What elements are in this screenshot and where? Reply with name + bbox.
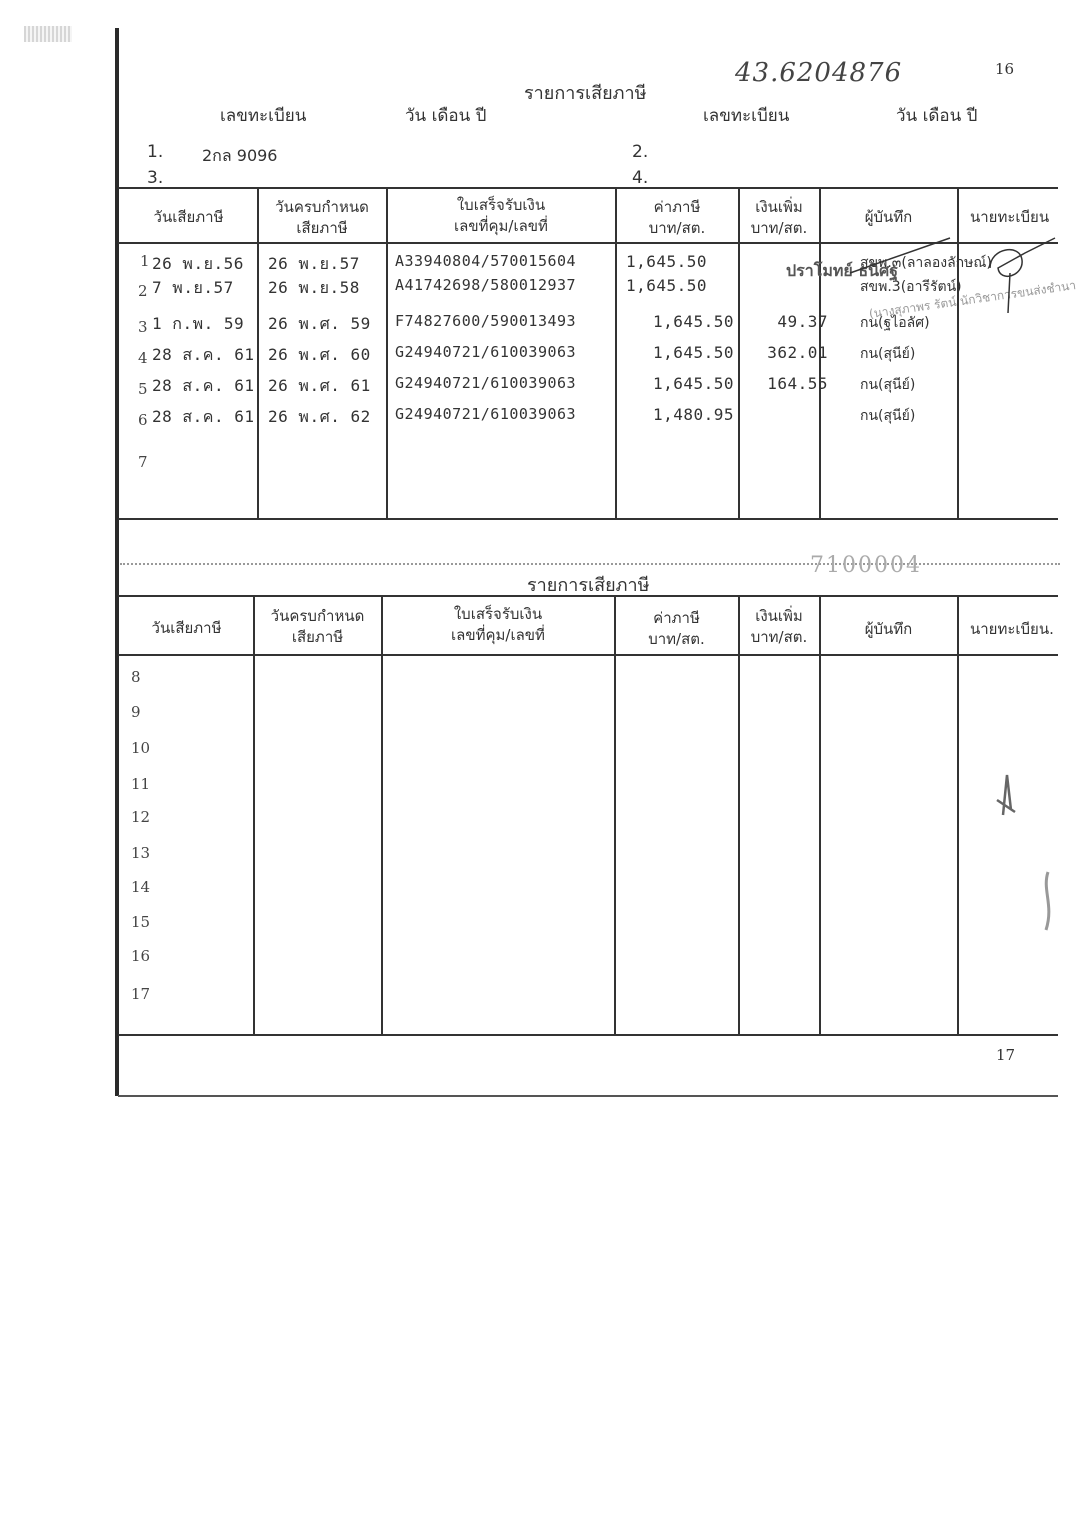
header-surcharge-line2: บาท/สต. bbox=[751, 219, 808, 237]
header2-due-date-line2: เสียภาษี bbox=[292, 628, 343, 646]
reg-index-1: 1. bbox=[147, 142, 163, 162]
header-registrar: นายทะเบียน bbox=[958, 207, 1076, 228]
left-date-label: วัน เดือน ปี bbox=[405, 102, 486, 129]
cell-tax: 1,645.50 bbox=[653, 343, 734, 362]
cell-tax-date: 26 พ.ย.56 bbox=[152, 252, 244, 277]
reg-plate-1: 2กล 9096 bbox=[202, 144, 277, 169]
row-number: 16 bbox=[131, 947, 150, 965]
header2-receipt-line1: ใบเสร็จรับเงิน bbox=[454, 605, 542, 623]
cell-due-date: 26 พ.ศ. 60 bbox=[268, 343, 371, 368]
header2-surcharge-line1: เงินเพิ่ม bbox=[755, 607, 803, 625]
row-number: 6 bbox=[138, 411, 148, 429]
table2-col-divider bbox=[957, 596, 959, 1034]
header2-tax: ค่าภาษีบาท/สต. bbox=[615, 608, 738, 650]
header2-tax-line1: ค่าภาษี bbox=[653, 609, 700, 627]
reg-index-4: 4. bbox=[632, 168, 648, 188]
header-tax: ค่าภาษีบาท/สต. bbox=[616, 197, 738, 239]
handwritten-number: 43.6204876 bbox=[735, 58, 902, 88]
reg-index-3: 3. bbox=[147, 168, 163, 188]
cell-receipt: F74827600/590013493 bbox=[395, 312, 576, 330]
table2-col-divider bbox=[253, 596, 255, 1034]
cell-tax: 1,645.50 bbox=[626, 276, 707, 295]
table1-bottom-border bbox=[118, 518, 1058, 520]
right-date-label: วัน เดือน ปี bbox=[896, 102, 977, 129]
header2-receipt-line2: เลขที่คุม/เลขที่ bbox=[451, 626, 545, 644]
header2-due-date: วันครบกำหนดเสียภาษี bbox=[254, 606, 381, 648]
table2-col-divider bbox=[738, 596, 740, 1034]
cell-receipt: A33940804/570015604 bbox=[395, 252, 576, 270]
cell-surcharge: 49.37 bbox=[777, 312, 828, 331]
header2-due-date-line1: วันครบกำหนด bbox=[271, 607, 365, 625]
faded-number: 7100004 bbox=[810, 553, 922, 578]
cell-recorder: กน(สุนีย์) bbox=[860, 374, 915, 396]
cell-recorder: กน(สุนีย์) bbox=[860, 405, 915, 427]
header-due-date: วันครบกำหนดเสียภาษี bbox=[258, 197, 386, 239]
cell-tax: 1,645.50 bbox=[653, 312, 734, 331]
header2-receipt: ใบเสร็จรับเงินเลขที่คุม/เลขที่ bbox=[382, 604, 614, 646]
table2-col-divider bbox=[381, 596, 383, 1034]
table2-bottom-border bbox=[118, 1034, 1058, 1036]
table2-header-border bbox=[118, 654, 1058, 656]
row-number: 2 bbox=[138, 282, 148, 300]
cell-receipt: G24940721/610039063 bbox=[395, 374, 576, 392]
header2-surcharge-line2: บาท/สต. bbox=[751, 628, 808, 646]
header2-tax-date: วันเสียภาษี bbox=[120, 618, 253, 639]
page-bottom-border bbox=[118, 1095, 1058, 1097]
cell-due-date: 26 พ.ศ. 62 bbox=[268, 405, 371, 430]
row-number: 10 bbox=[131, 739, 150, 757]
header2-surcharge: เงินเพิ่มบาท/สต. bbox=[739, 606, 819, 648]
cell-receipt: A41742698/580012937 bbox=[395, 276, 576, 294]
section-title-top: รายการเสียภาษี bbox=[524, 78, 647, 107]
row-number: 8 bbox=[131, 668, 141, 686]
cell-recorder: กน(สุนีย์) bbox=[860, 343, 915, 365]
cell-due-date: 26 พ.ศ. 59 bbox=[268, 312, 371, 337]
scan-mark bbox=[985, 770, 1025, 820]
table2-top-border bbox=[118, 595, 1058, 597]
bottom-page-number: 17 bbox=[996, 1046, 1015, 1064]
header-receipt-line1: ใบเสร็จรับเงิน bbox=[457, 196, 545, 214]
header-due-date-line2: เสียภาษี bbox=[296, 219, 347, 237]
row-number: 15 bbox=[131, 913, 150, 931]
cell-tax-date: 28 ส.ค. 61 bbox=[152, 374, 255, 399]
row-number: 13 bbox=[131, 844, 150, 862]
header2-tax-line2: บาท/สต. bbox=[648, 630, 705, 648]
header-tax-line1: ค่าภาษี bbox=[654, 198, 701, 216]
header2-recorder: ผู้บันทึก bbox=[820, 619, 957, 640]
left-reg-label: เลขทะเบียน bbox=[220, 102, 306, 129]
cell-tax-date: 28 ส.ค. 61 bbox=[152, 343, 255, 368]
table1-top-border bbox=[118, 187, 1058, 189]
row-number: 11 bbox=[131, 775, 150, 793]
right-reg-label: เลขทะเบียน bbox=[703, 102, 789, 129]
row-number: 4 bbox=[138, 349, 148, 367]
header-recorder: ผู้บันทึก bbox=[820, 207, 957, 228]
scan-mark bbox=[1040, 870, 1056, 940]
reg-index-2: 2. bbox=[632, 142, 648, 162]
scan-artifact bbox=[24, 26, 72, 42]
row-number: 12 bbox=[131, 808, 150, 826]
header-surcharge: เงินเพิ่มบาท/สต. bbox=[739, 197, 819, 239]
header2-registrar: นายทะเบียน. bbox=[958, 619, 1076, 640]
header-tax-date: วันเสียภาษี bbox=[120, 207, 257, 228]
cell-receipt: G24940721/610039063 bbox=[395, 405, 576, 423]
top-page-number: 16 bbox=[995, 60, 1014, 78]
table2-col-divider bbox=[819, 596, 821, 1034]
cell-tax: 1,645.50 bbox=[626, 252, 707, 271]
cell-tax-date: 1 ก.พ. 59 bbox=[152, 312, 244, 337]
table1-col-divider bbox=[386, 188, 388, 518]
cell-tax: 1,645.50 bbox=[653, 374, 734, 393]
header-receipt: ใบเสร็จรับเงินเลขที่คุม/เลขที่ bbox=[387, 195, 615, 237]
header-due-date-line1: วันครบกำหนด bbox=[275, 198, 369, 216]
cell-receipt: G24940721/610039063 bbox=[395, 343, 576, 361]
cell-surcharge: 164.55 bbox=[767, 374, 828, 393]
row-number: 17 bbox=[131, 985, 150, 1003]
header-receipt-line2: เลขที่คุม/เลขที่ bbox=[454, 217, 548, 235]
cell-tax-date: 7 พ.ย.57 bbox=[152, 276, 234, 301]
row-number: 14 bbox=[131, 878, 150, 896]
cell-due-date: 26 พ.ย.57 bbox=[268, 252, 360, 277]
row-number: 9 bbox=[131, 703, 141, 721]
signature-mark bbox=[840, 228, 1060, 318]
cell-due-date: 26 พ.ศ. 61 bbox=[268, 374, 371, 399]
row-number: 1 bbox=[140, 252, 150, 270]
row-number: 3 bbox=[138, 318, 148, 336]
cell-surcharge: 362.01 bbox=[767, 343, 828, 362]
cell-tax-date: 28 ส.ค. 61 bbox=[152, 405, 255, 430]
header-surcharge-line1: เงินเพิ่ม bbox=[755, 198, 803, 216]
cell-tax: 1,480.95 bbox=[653, 405, 734, 424]
table2-col-divider bbox=[614, 596, 616, 1034]
row-number: 5 bbox=[138, 380, 148, 398]
row-number: 7 bbox=[138, 453, 148, 471]
cell-due-date: 26 พ.ย.58 bbox=[268, 276, 360, 301]
header-tax-line2: บาท/สต. bbox=[649, 219, 706, 237]
